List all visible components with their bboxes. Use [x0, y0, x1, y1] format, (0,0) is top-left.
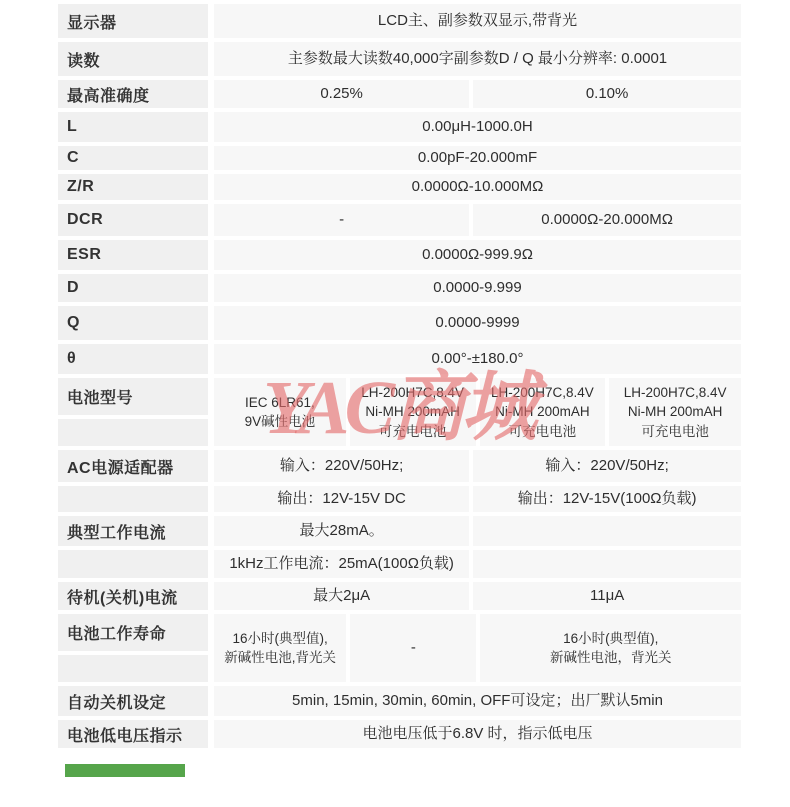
spec-row: Q0.0000-9999	[58, 306, 741, 340]
row-label-text: 电池型号	[67, 385, 133, 408]
spec-cell: 5min, 15min, 30min, 60min, OFF可设定；出厂默认5m…	[214, 686, 741, 716]
row-label: 待机(关机)电流	[58, 582, 208, 610]
row-label: 电池低电压指示	[58, 720, 208, 748]
row-label: L	[58, 112, 208, 142]
row-cells: 16小时(典型值), 新碱性电池,背光关-16小时(典型值), 新碱性电池，背光…	[214, 614, 741, 682]
spec-cell: 最大28mA。	[214, 516, 469, 546]
row-label-text: AC电源适配器	[67, 455, 174, 478]
spec-cell: LH-200H7C,8.4V Ni-MH 200mAH 可充电电池	[609, 378, 741, 446]
row-label-text: 电池低电压指示	[67, 723, 183, 746]
spec-cell: 输入：220V/50Hz;	[214, 450, 469, 482]
row-label-text: L	[67, 118, 77, 136]
row-label	[58, 550, 208, 578]
spec-cell: 0.0000-9.999	[214, 274, 741, 302]
row-cells: 输入：220V/50Hz;输入：220V/50Hz;	[214, 450, 741, 482]
spec-row: L0.00μH-1000.0H	[58, 112, 741, 142]
row-cells: 0.0000-9999	[214, 306, 741, 340]
spec-cell: 0.0000Ω-10.000MΩ	[214, 174, 741, 200]
row-label-upper: 电池工作寿命	[58, 614, 208, 651]
row-cells: 0.25%0.10%	[214, 80, 741, 108]
spec-row: C0.00pF-20.000mF	[58, 146, 741, 170]
row-cells: LCD主、副参数双显示,带背光	[214, 4, 741, 38]
spec-cell	[473, 516, 741, 546]
bottom-green-bar	[65, 764, 185, 777]
spec-row: ESR0.0000Ω-999.9Ω	[58, 240, 741, 270]
row-label-lower	[58, 419, 208, 446]
row-label: Z/R	[58, 174, 208, 200]
spec-cell: 输入：220V/50Hz;	[473, 450, 741, 482]
row-label-text: Q	[67, 314, 80, 332]
spec-cell: 0.0000Ω-20.000MΩ	[473, 204, 741, 236]
spec-row: 1kHz工作电流：25mA(100Ω负载)	[58, 550, 741, 578]
row-label-text: DCR	[67, 211, 103, 229]
spec-cell: -	[214, 204, 469, 236]
spec-row: 待机(关机)电流最大2μA11μA	[58, 582, 741, 610]
spec-cell: 电池电压低于6.8V 时，指示低电压	[214, 720, 741, 748]
row-label-text: D	[67, 279, 79, 297]
row-label-text: ESR	[67, 246, 101, 264]
row-cells: -0.0000Ω-20.000MΩ	[214, 204, 741, 236]
spec-page: 显示器LCD主、副参数双显示,带背光读数主参数最大读数40,000字副参数D /…	[0, 0, 790, 807]
spec-row: D0.0000-9.999	[58, 274, 741, 302]
spec-row: 电池型号IEC 6LR61, 9V碱性电池LH-200H7C,8.4V Ni-M…	[58, 378, 741, 446]
row-label: AC电源适配器	[58, 450, 208, 482]
spec-cell: 0.10%	[473, 80, 741, 108]
row-label: Q	[58, 306, 208, 340]
row-label: 最高准确度	[58, 80, 208, 108]
row-label-text: 最高准确度	[67, 83, 150, 106]
row-label: 电池型号	[58, 378, 208, 446]
row-label-lower	[58, 655, 208, 682]
spec-row: Z/R0.0000Ω-10.000MΩ	[58, 174, 741, 200]
spec-row: θ0.00°-±180.0°	[58, 344, 741, 374]
spec-cell: 11μA	[473, 582, 741, 610]
row-label-text: 自动关机设定	[67, 690, 166, 713]
row-cells: 最大28mA。	[214, 516, 741, 546]
spec-row: DCR-0.0000Ω-20.000MΩ	[58, 204, 741, 236]
row-label-text: C	[67, 149, 79, 167]
spec-row: 典型工作电流最大28mA。	[58, 516, 741, 546]
spec-row: 电池低电压指示电池电压低于6.8V 时，指示低电压	[58, 720, 741, 748]
spec-cell: 0.00μH-1000.0H	[214, 112, 741, 142]
row-cells: 0.00°-±180.0°	[214, 344, 741, 374]
spec-cell: IEC 6LR61, 9V碱性电池	[214, 378, 346, 446]
spec-table: 显示器LCD主、副参数双显示,带背光读数主参数最大读数40,000字副参数D /…	[58, 4, 741, 752]
row-label: ESR	[58, 240, 208, 270]
spec-row: 最高准确度0.25%0.10%	[58, 80, 741, 108]
row-cells: 最大2μA11μA	[214, 582, 741, 610]
spec-row: 自动关机设定5min, 15min, 30min, 60min, OFF可设定；…	[58, 686, 741, 716]
row-cells: 主参数最大读数40,000字副参数D / Q 最小分辨率: 0.0001	[214, 42, 741, 76]
spec-cell: 0.00°-±180.0°	[214, 344, 741, 374]
spec-row: AC电源适配器输入：220V/50Hz;输入：220V/50Hz;	[58, 450, 741, 482]
spec-row: 电池工作寿命16小时(典型值), 新碱性电池,背光关-16小时(典型值), 新碱…	[58, 614, 741, 682]
row-label: 典型工作电流	[58, 516, 208, 546]
row-cells: 0.0000Ω-999.9Ω	[214, 240, 741, 270]
row-label: 读数	[58, 42, 208, 76]
row-cells: 0.0000Ω-10.000MΩ	[214, 174, 741, 200]
row-label: 自动关机设定	[58, 686, 208, 716]
row-cells: 输出：12V-15V DC输出：12V-15V(100Ω负载)	[214, 486, 741, 512]
row-label: DCR	[58, 204, 208, 236]
spec-cell: 输出：12V-15V DC	[214, 486, 469, 512]
spec-cell: 16小时(典型值), 新碱性电池，背光关	[480, 614, 741, 682]
row-label: D	[58, 274, 208, 302]
row-label-text: θ	[67, 350, 76, 368]
spec-cell: 16小时(典型值), 新碱性电池,背光关	[214, 614, 346, 682]
row-label-text: 电池工作寿命	[67, 621, 166, 644]
spec-cell: 主参数最大读数40,000字副参数D / Q 最小分辨率: 0.0001	[214, 42, 741, 76]
row-cells: 0.0000-9.999	[214, 274, 741, 302]
spec-cell: 0.25%	[214, 80, 469, 108]
spec-row: 显示器LCD主、副参数双显示,带背光	[58, 4, 741, 38]
spec-cell: 0.00pF-20.000mF	[214, 146, 741, 170]
spec-cell: LH-200H7C,8.4V Ni-MH 200mAH 可充电电池	[350, 378, 476, 446]
spec-cell: 0.0000-9999	[214, 306, 741, 340]
spec-cell: 1kHz工作电流：25mA(100Ω负载)	[214, 550, 469, 578]
spec-cell: LH-200H7C,8.4V Ni-MH 200mAH 可充电电池	[480, 378, 606, 446]
row-label-text: 显示器	[67, 10, 117, 33]
row-label	[58, 486, 208, 512]
spec-cell	[473, 550, 741, 578]
row-label: C	[58, 146, 208, 170]
row-cells: 电池电压低于6.8V 时，指示低电压	[214, 720, 741, 748]
spec-cell: -	[350, 614, 476, 682]
row-label: θ	[58, 344, 208, 374]
row-cells: 0.00pF-20.000mF	[214, 146, 741, 170]
row-label-text: Z/R	[67, 178, 94, 196]
row-label: 显示器	[58, 4, 208, 38]
spec-cell: LCD主、副参数双显示,带背光	[214, 4, 741, 38]
spec-cell: 输出：12V-15V(100Ω负载)	[473, 486, 741, 512]
spec-row: 读数主参数最大读数40,000字副参数D / Q 最小分辨率: 0.0001	[58, 42, 741, 76]
row-label: 电池工作寿命	[58, 614, 208, 682]
row-label-text: 待机(关机)电流	[67, 585, 178, 608]
row-cells: 5min, 15min, 30min, 60min, OFF可设定；出厂默认5m…	[214, 686, 741, 716]
row-cells: IEC 6LR61, 9V碱性电池LH-200H7C,8.4V Ni-MH 20…	[214, 378, 741, 446]
row-cells: 1kHz工作电流：25mA(100Ω负载)	[214, 550, 741, 578]
row-cells: 0.00μH-1000.0H	[214, 112, 741, 142]
row-label-text: 读数	[67, 48, 100, 71]
spec-row: 输出：12V-15V DC输出：12V-15V(100Ω负载)	[58, 486, 741, 512]
row-label-upper: 电池型号	[58, 378, 208, 415]
row-label-text: 典型工作电流	[67, 520, 166, 543]
spec-cell: 0.0000Ω-999.9Ω	[214, 240, 741, 270]
spec-cell: 最大2μA	[214, 582, 469, 610]
